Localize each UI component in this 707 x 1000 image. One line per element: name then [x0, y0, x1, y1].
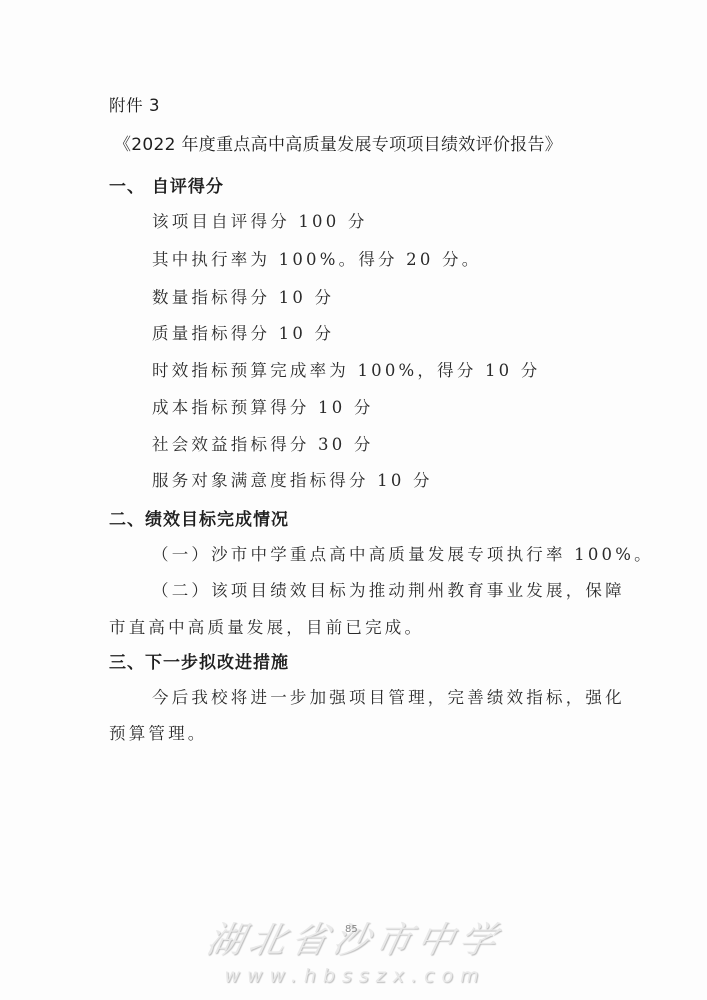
document-page: 附件 3 《2022 年度重点高中高质量发展专项项目绩效评价报告》 一、 自评得…: [0, 0, 707, 1000]
score-social-benefit: 社会效益指标得分 30 分: [152, 431, 374, 455]
improvement-paragraph-cont: 预算管理。: [109, 720, 208, 744]
attachment-label: 附件 3: [109, 92, 160, 116]
goal-paragraph-2: （二）该项目绩效目标为推动荆州教育事业发展，保障: [152, 577, 625, 601]
document-title: 《2022 年度重点高中高质量发展专项项目绩效评价报告》: [114, 130, 562, 155]
score-satisfaction: 服务对象满意度指标得分 10 分: [152, 467, 433, 491]
score-quantity: 数量指标得分 10 分: [152, 284, 334, 308]
score-cost: 成本指标预算得分 10 分: [152, 394, 374, 418]
watermark-url: www.hbsszx.com: [195, 965, 515, 987]
goal-paragraph-1: （一）沙市中学重点高中高质量发展专项执行率 100%。: [152, 541, 654, 565]
score-total: 该项目自评得分 100 分: [152, 208, 368, 232]
section-heading-goal-completion: 二、绩效目标完成情况: [109, 505, 289, 530]
goal-paragraph-2-cont: 市直高中高质量发展，目前已完成。: [109, 614, 424, 638]
watermark-school-name: 湖北省沙市中学: [190, 912, 521, 963]
section-heading-self-evaluation: 一、 自评得分: [109, 172, 224, 197]
score-execution-rate: 其中执行率为 100%。得分 20 分。: [152, 246, 481, 270]
score-timeliness: 时效指标预算完成率为 100%，得分 10 分: [152, 357, 541, 381]
section-heading-improvements: 三、下一步拟改进措施: [109, 648, 289, 673]
score-quality: 质量指标得分 10 分: [152, 320, 334, 344]
page-number: 85: [345, 924, 358, 935]
improvement-paragraph: 今后我校将进一步加强项目管理，完善绩效指标，强化: [152, 684, 625, 708]
